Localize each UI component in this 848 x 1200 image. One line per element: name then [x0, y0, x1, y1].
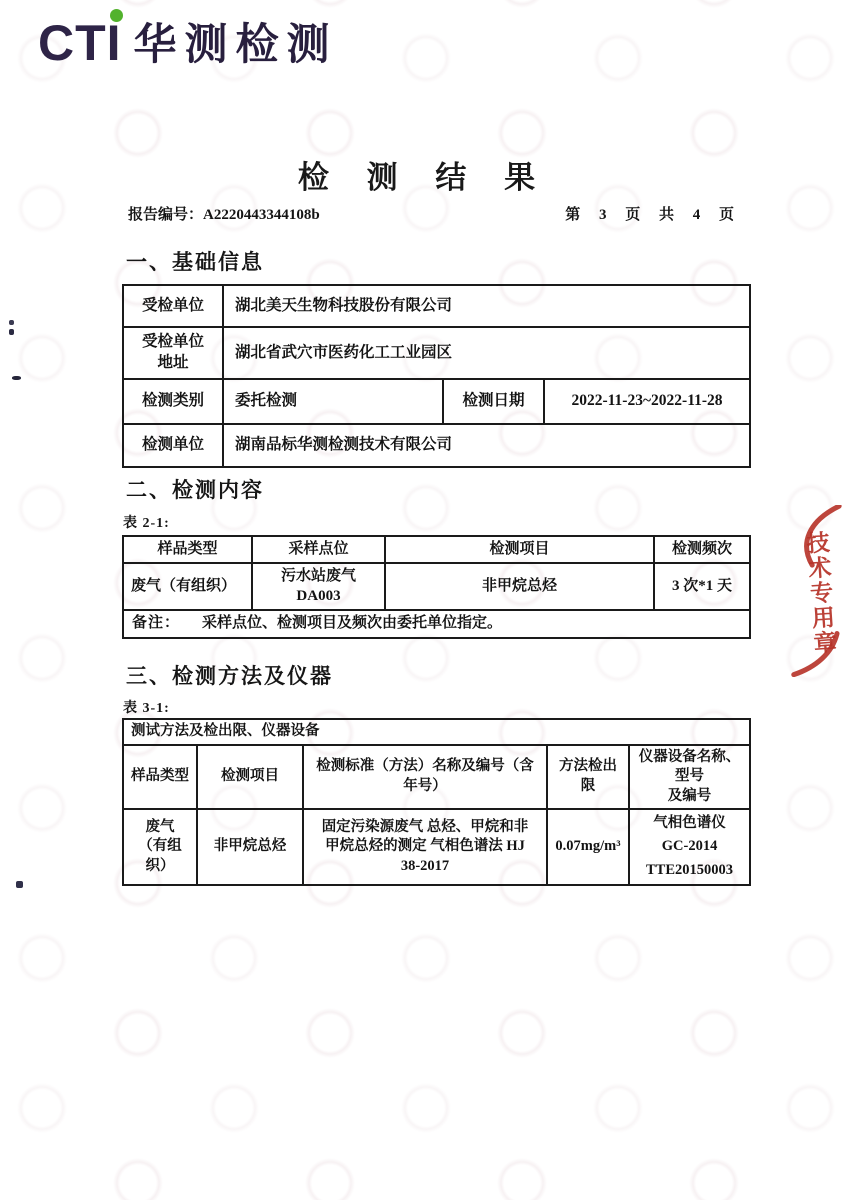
- report-number: 报告编号：A2220443344108b: [128, 203, 320, 224]
- table-cell: 废气（有组织）: [123, 563, 252, 610]
- table-row: 受检单位 地址 湖北省武穴市医药化工工业园区: [123, 327, 750, 379]
- table-header-row: 样品类型 检测项目 检测标准（方法）名称及编号（含年号） 方法检出限 仪器设备名…: [123, 745, 750, 810]
- table-header-row: 样品类型 采样点位 检测项目 检测频次: [123, 536, 750, 563]
- scan-speck: [16, 881, 23, 888]
- sample-type-cell: 废气 （有组织）: [123, 809, 197, 885]
- row-label: 检测类别: [123, 379, 223, 424]
- methods-table: 测试方法及检出限、仪器设备 样品类型 检测项目 检测标准（方法）名称及编号（含年…: [122, 718, 751, 886]
- note-label: 备注：: [132, 615, 180, 631]
- report-number-label: 报告编号：: [128, 207, 203, 223]
- column-header: 采样点位: [252, 536, 385, 563]
- table-cell: 3 次*1 天: [654, 563, 750, 610]
- detection-limit-cell: 0.07mg/m³: [547, 809, 629, 885]
- row-label: 检测日期: [443, 379, 544, 424]
- cti-logo: CTI 华测检测: [38, 18, 338, 68]
- logo-green-dot-icon: [110, 9, 123, 22]
- report-meta-row: 报告编号：A2220443344108b 第 3 页 共 4 页: [128, 203, 736, 224]
- test-item-cell: 非甲烷总烃: [197, 809, 303, 885]
- table-cell: 非甲烷总烃: [385, 563, 654, 610]
- page-title: 检 测 结 果: [0, 152, 848, 197]
- table-caption-2-1: 表 2-1:: [123, 512, 170, 532]
- row-label: 受检单位 地址: [123, 327, 223, 379]
- report-number-value: A2220443344108b: [203, 207, 320, 223]
- column-header: 检测项目: [385, 536, 654, 563]
- section-heading-methods: 三、检测方法及仪器: [126, 660, 333, 690]
- column-header: 样品类型: [123, 536, 252, 563]
- report-page: CTI 华测检测 检 测 结 果 报告编号：A2220443344108b 第 …: [0, 0, 848, 1200]
- stamp-graphic: 技术专用章: [781, 505, 848, 677]
- logo-company-name: 华测检测: [134, 24, 338, 68]
- page-indicator: 第 3 页 共 4 页: [565, 203, 736, 224]
- row-value: 委托检测: [223, 379, 443, 424]
- column-header: 检测项目: [197, 745, 303, 810]
- scan-speck: [9, 329, 14, 335]
- table-cell: 污水站废气 DA003: [252, 563, 385, 610]
- row-value: 湖南品标华测检测技术有限公司: [223, 424, 750, 467]
- cti-acronym: CTI: [38, 15, 122, 71]
- cti-logo-text: CTI: [38, 18, 122, 68]
- note-text: 采样点位、检测项目及频次由委托单位指定。: [202, 615, 502, 631]
- row-value: 2022-11-23~2022-11-28: [544, 379, 750, 424]
- table-row: 废气 （有组织） 非甲烷总烃 固定污染源废气 总烃、甲烷和非甲烷总烃的测定 气相…: [123, 809, 750, 885]
- column-header: 方法检出限: [547, 745, 629, 810]
- standard-cell: 固定污染源废气 总烃、甲烷和非甲烷总烃的测定 气相色谱法 HJ 38-2017: [303, 809, 547, 885]
- table-span-header-row: 测试方法及检出限、仪器设备: [123, 719, 750, 745]
- table-row: 废气（有组织） 污水站废气 DA003 非甲烷总烃 3 次*1 天: [123, 563, 750, 610]
- row-label: 受检单位: [123, 285, 223, 327]
- basic-info-table: 受检单位 湖北美天生物科技股份有限公司 受检单位 地址 湖北省武穴市医药化工工业…: [122, 284, 751, 468]
- note-cell: 备注：采样点位、检测项目及频次由委托单位指定。: [123, 610, 750, 638]
- table-caption-3-1: 表 3-1:: [123, 697, 170, 717]
- technical-seal-stamp: 技术专用章: [781, 505, 848, 677]
- table-row: 检测单位 湖南品标华测检测技术有限公司: [123, 424, 750, 467]
- instrument-cell: 气相色谱仪 GC-2014 TTE20150003: [629, 809, 750, 885]
- column-header: 检测标准（方法）名称及编号（含年号）: [303, 745, 547, 810]
- test-content-table: 样品类型 采样点位 检测项目 检测频次 废气（有组织） 污水站废气 DA003 …: [122, 535, 751, 639]
- section-heading-basic-info: 一、基础信息: [126, 246, 264, 276]
- section-heading-test-content: 二、检测内容: [126, 474, 264, 504]
- table-row: 受检单位 湖北美天生物科技股份有限公司: [123, 285, 750, 327]
- column-header: 检测频次: [654, 536, 750, 563]
- span-header: 测试方法及检出限、仪器设备: [123, 719, 750, 745]
- table-row: 检测类别 委托检测 检测日期 2022-11-23~2022-11-28: [123, 379, 750, 424]
- column-header: 仪器设备名称、型号 及编号: [629, 745, 750, 810]
- row-value: 湖北省武穴市医药化工工业园区: [223, 327, 750, 379]
- note-row: 备注：采样点位、检测项目及频次由委托单位指定。: [123, 610, 750, 638]
- scan-speck: [12, 376, 21, 380]
- scan-speck: [9, 320, 14, 325]
- row-value: 湖北美天生物科技股份有限公司: [223, 285, 750, 327]
- row-label: 检测单位: [123, 424, 223, 467]
- column-header: 样品类型: [123, 745, 197, 810]
